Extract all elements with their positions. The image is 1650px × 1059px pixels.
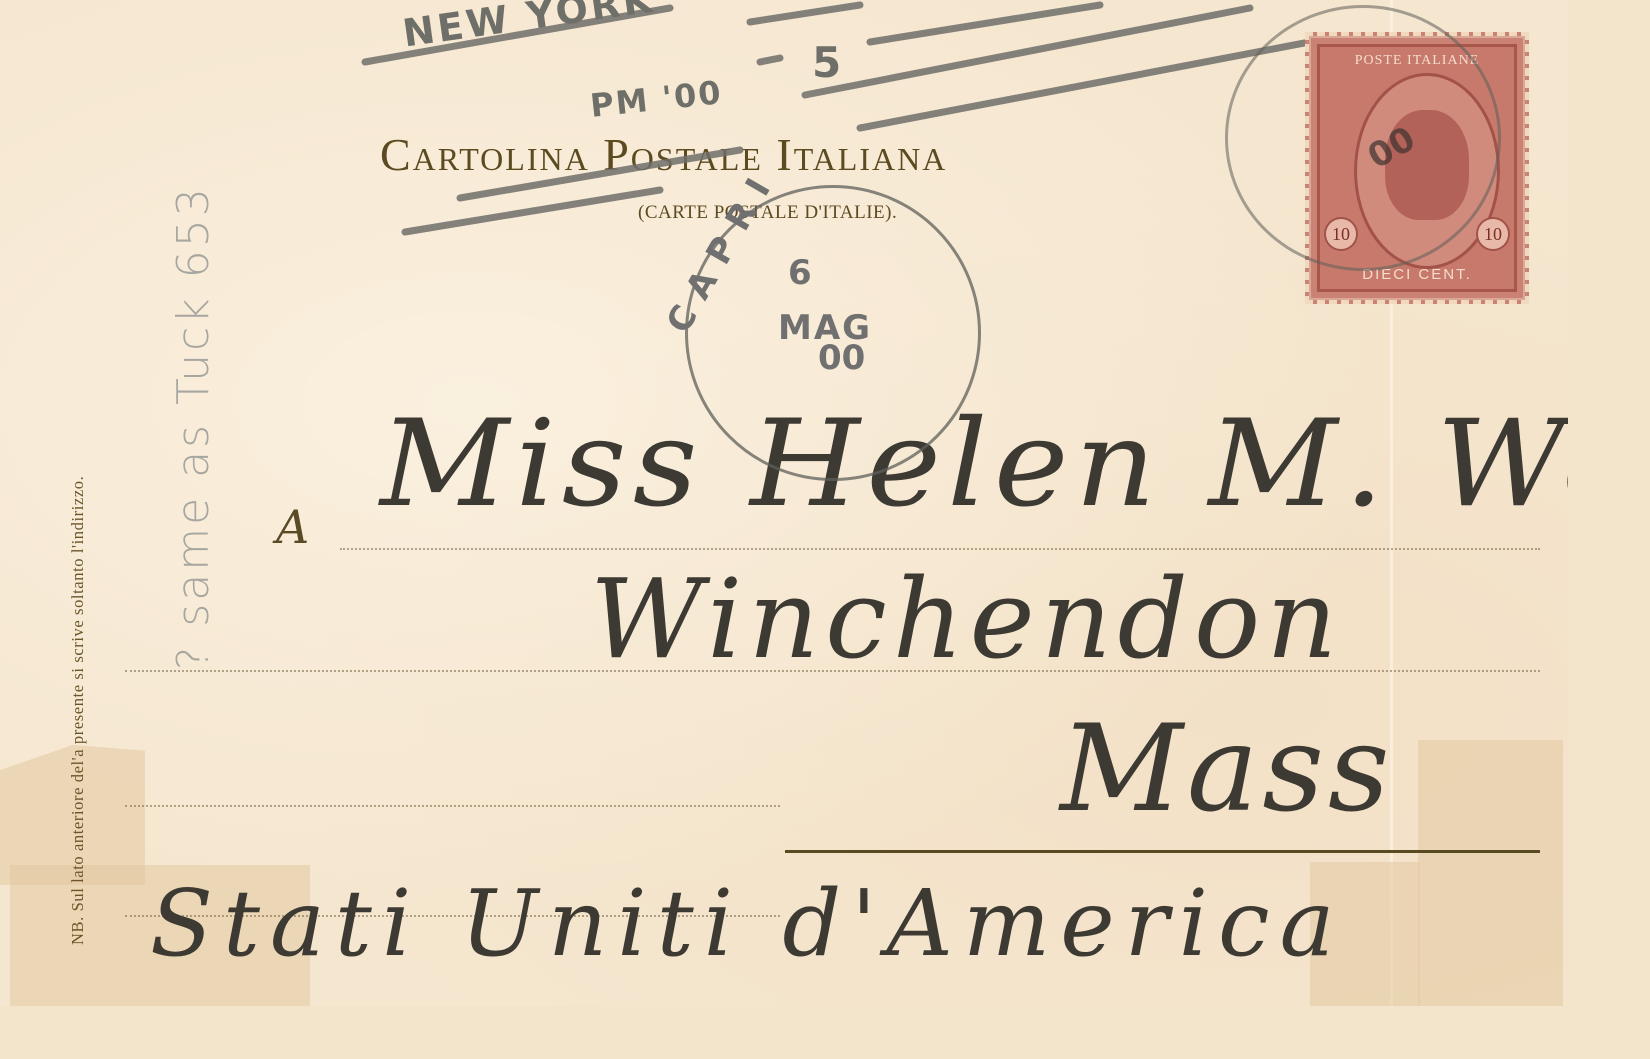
address-line-1: Miss Helen M. Weston (380, 395, 1568, 534)
side-instruction-note: NB. Sul lato anteriore del'a presente si… (68, 476, 88, 945)
address-line-rule-solid (785, 850, 1540, 853)
address-line-rule-1 (340, 548, 1540, 550)
address-line-3: Mass (1060, 700, 1394, 839)
postmark-day: 6 (788, 253, 812, 293)
postmark-town: CAPRI (659, 160, 786, 340)
tape-patch-bottom-right-outer (1418, 740, 1563, 1006)
postmark-number: 5 (812, 38, 841, 87)
address-prefix: A (276, 500, 309, 554)
pencil-annotation: ? same as Tuck 653 (168, 185, 219, 670)
postmark-time: PM '00 (588, 73, 724, 125)
card-title: Cartolina Postale Italiana (380, 128, 947, 181)
address-line-2: Winchendon (590, 555, 1343, 683)
stamp-value-right: 10 (1476, 217, 1510, 251)
capri-stamp-postmark: 00 (1225, 5, 1501, 271)
postcard-back: Cartolina Postale Italiana (CARTE POSTAL… (0, 0, 1568, 1006)
capri-postmark: CAPRI 6 MAG 00 (685, 185, 981, 481)
postmark-city: NEW YORK (400, 0, 658, 56)
address-line-rule-3 (125, 805, 780, 807)
stamp-postmark-year: 00 (1361, 119, 1422, 177)
address-line-4: Stati Uniti d'America (150, 870, 1344, 977)
postmark-year: 00 (818, 338, 865, 378)
